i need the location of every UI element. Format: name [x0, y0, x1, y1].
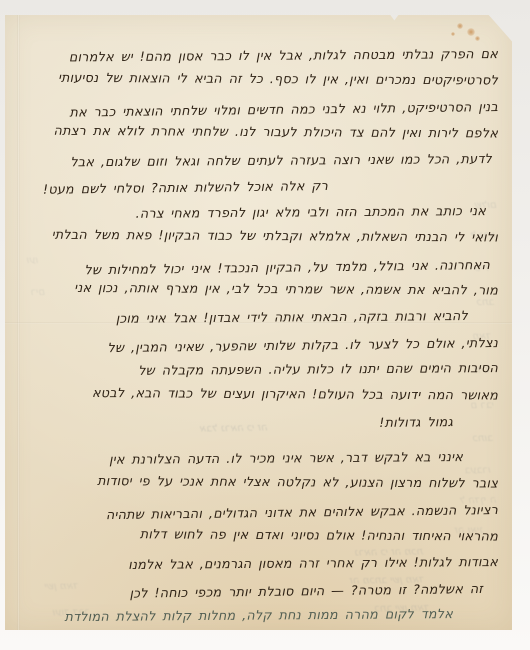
foxing-spot — [457, 23, 463, 29]
handwritten-line: אלמד לקום מהרה ממות נחת קלה, מחלות קלות … — [31, 602, 453, 632]
handwritten-line: ולואי לי הבנתי השאלות, אלמלא וקבלתי של כ… — [31, 223, 498, 252]
foxing-spot — [451, 32, 455, 36]
letter-text: אם הפרק נבלתי מבטחה לגלות, אבל אין לו כב… — [31, 42, 498, 628]
handwritten-line: מור, להביא את אשמה, אשר שמרתי בכל לבי, א… — [31, 275, 498, 304]
letter-paragraph: אם הפרק נבלתי מבטחה לגלות, אבל אין לו כב… — [31, 42, 498, 199]
foxing-spot — [467, 28, 475, 36]
scan-background: שלוםל נראכי זכתב מאד וד דם רביכתובבעברו … — [0, 0, 530, 650]
handwritten-line: צובר לשלוח מרצון הצנוע, לא נקלטה אצלי אח… — [31, 469, 498, 498]
letter-paragraph: אני כותב את המכתב הזה ולבי מלא יגון להפר… — [31, 199, 498, 435]
letter-page: שלוםל נראכי זכתב מאד וד דם רביכתובבעברו … — [5, 15, 512, 630]
handwritten-line: לסרטיפיקטים נמכרים ואין, אין לו כסף. כל … — [31, 66, 498, 95]
handwritten-line: גמול גדולות! — [31, 410, 453, 442]
handwritten-line: לדעת, הכל כמו שאני רוצה בעזרה לעתים שלחה… — [31, 147, 492, 177]
handwritten-line: אלפם לירות ואין להם צד היכולת לעבור לנו.… — [31, 118, 498, 147]
handwritten-line: אבודות לגלות! אילו רק אחרי זרה מאסון הגר… — [31, 550, 498, 580]
handwritten-line: להביא ורבות בזקה, הבאתי אותה לידי אבדון!… — [31, 304, 468, 334]
letter-paragraph: אינני בא לבקש דבר, אשר איני מכיר לו. הדע… — [31, 445, 498, 628]
foxing-spot — [475, 36, 480, 41]
handwritten-line: רק אלה אוכל להשלות אותה? וסלחי לשם מעט! — [31, 174, 328, 204]
handwritten-line: מאושר המה ידועה בכל העולם! האיקרון ועצים… — [31, 380, 498, 409]
handwritten-line: מהראוי האיחוד והנחיה! אולם נסיוני ואדם א… — [31, 521, 498, 550]
